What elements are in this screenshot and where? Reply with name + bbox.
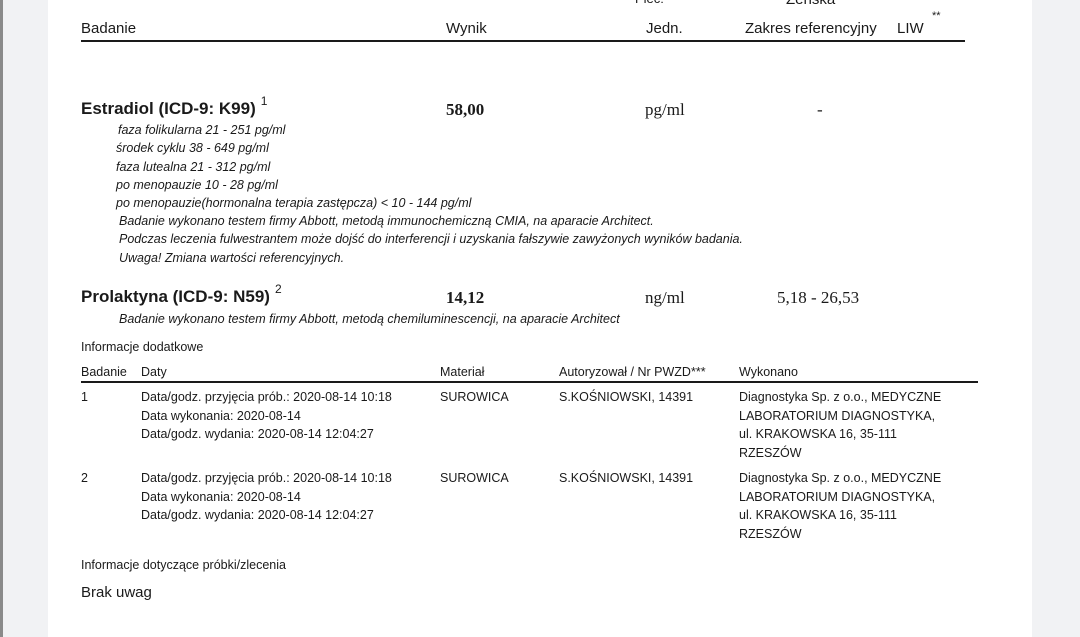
method-note: Badanie wykonano testem firmy Abbott, me… — [119, 310, 620, 328]
reference-note: faza folikularna 21 - 251 pg/ml — [116, 121, 471, 139]
reference-notes-estradiol: faza folikularna 21 - 251 pg/ml środek c… — [116, 121, 471, 212]
unit-prolaktyna: ng/ml — [645, 288, 685, 308]
performed-line: Diagnostyka Sp. z o.o., MEDYCZNE — [739, 388, 941, 407]
test-name-estradiol: Estradiol (ICD-9: K99)1 — [81, 99, 267, 119]
header-rule — [81, 40, 965, 42]
date-line: Data wykonania: 2020-08-14 — [141, 407, 392, 426]
performed-line: RZESZÓW — [739, 525, 941, 544]
info-column-test: Badanie — [81, 365, 127, 379]
additional-info-title: Informacje dodatkowe — [81, 340, 203, 354]
reference-note: po menopauzie 10 - 28 pg/ml — [116, 176, 471, 194]
viewer-edge-line — [0, 0, 3, 637]
test-name-text: Prolaktyna (ICD-9: N59) — [81, 287, 270, 306]
column-header-range: Zakres referencyjny — [745, 20, 877, 37]
performed-line: ul. KRAKOWSKA 16, 35-111 — [739, 506, 941, 525]
date-line: Data wykonania: 2020-08-14 — [141, 488, 392, 507]
unit-estradiol: pg/ml — [645, 100, 685, 120]
range-prolaktyna: 5,18 - 26,53 — [777, 288, 859, 308]
info-row-dates: Data/godz. przyjęcia prób.: 2020-08-14 1… — [141, 388, 392, 444]
reference-note: po menopauzie(hormonalna terapia zastępc… — [116, 194, 471, 212]
method-note: Uwaga! Zmiana wartości referencyjnych. — [119, 249, 743, 267]
result-prolaktyna: 14,12 — [446, 288, 484, 308]
info-row-authorized: S.KOŚNIOWSKI, 14391 — [559, 390, 693, 404]
info-row-performed: Diagnostyka Sp. z o.o., MEDYCZNE LABORAT… — [739, 469, 941, 543]
test-name-text: Estradiol (ICD-9: K99) — [81, 99, 256, 118]
performed-line: ul. KRAKOWSKA 16, 35-111 — [739, 425, 941, 444]
performed-line: LABORATORIUM DIAGNOSTYKA, — [739, 407, 941, 426]
date-line: Data/godz. wydania: 2020-08-14 12:04:27 — [141, 506, 392, 525]
sample-info-title: Informacje dotyczące próbki/zlecenia — [81, 558, 286, 572]
info-column-authorized: Autoryzował / Nr PWZD*** — [559, 365, 706, 379]
date-line: Data/godz. przyjęcia prób.: 2020-08-14 1… — [141, 388, 392, 407]
method-note: Podczas leczenia fulwestrantem może dojś… — [119, 230, 743, 248]
info-row-test: 1 — [81, 390, 88, 404]
column-header-test: Badanie — [81, 20, 136, 37]
info-column-dates: Daty — [141, 365, 167, 379]
result-estradiol: 58,00 — [446, 100, 484, 120]
method-notes-estradiol: Badanie wykonano testem firmy Abbott, me… — [119, 212, 743, 267]
gender-value: Żeńska — [786, 0, 835, 8]
info-column-material: Materiał — [440, 365, 484, 379]
info-row-performed: Diagnostyka Sp. z o.o., MEDYCZNE LABORAT… — [739, 388, 941, 462]
test-index: 2 — [275, 282, 282, 296]
info-row-authorized: S.KOŚNIOWSKI, 14391 — [559, 471, 693, 485]
liw-footnote-mark: ** — [932, 10, 941, 22]
performed-line: LABORATORIUM DIAGNOSTYKA, — [739, 488, 941, 507]
method-notes-prolaktyna: Badanie wykonano testem firmy Abbott, me… — [119, 310, 620, 328]
test-name-prolaktyna: Prolaktyna (ICD-9: N59)2 — [81, 287, 282, 307]
performed-line: Diagnostyka Sp. z o.o., MEDYCZNE — [739, 469, 941, 488]
date-line: Data/godz. wydania: 2020-08-14 12:04:27 — [141, 425, 392, 444]
date-line: Data/godz. przyjęcia prób.: 2020-08-14 1… — [141, 469, 392, 488]
column-header-liw: LIW — [897, 20, 924, 37]
info-row-material: SUROWICA — [440, 471, 509, 485]
document-page: Płeć: Żeńska Badanie Wynik Jedn. Zakres … — [48, 0, 1032, 637]
info-row-test: 2 — [81, 471, 88, 485]
reference-note: środek cyklu 38 - 649 pg/ml — [116, 139, 471, 157]
sample-info-value: Brak uwag — [81, 584, 152, 601]
info-column-performed: Wykonano — [739, 365, 798, 379]
gender-label: Płeć: — [635, 0, 664, 6]
info-row-material: SUROWICA — [440, 390, 509, 404]
performed-line: RZESZÓW — [739, 444, 941, 463]
reference-note: faza lutealna 21 - 312 pg/ml — [116, 158, 471, 176]
info-row-dates: Data/godz. przyjęcia prób.: 2020-08-14 1… — [141, 469, 392, 525]
method-note: Badanie wykonano testem firmy Abbott, me… — [119, 212, 743, 230]
info-header-rule — [81, 381, 978, 383]
column-header-unit: Jedn. — [646, 20, 683, 37]
range-estradiol: - — [817, 100, 823, 120]
column-header-result: Wynik — [446, 20, 487, 37]
test-index: 1 — [261, 94, 268, 108]
